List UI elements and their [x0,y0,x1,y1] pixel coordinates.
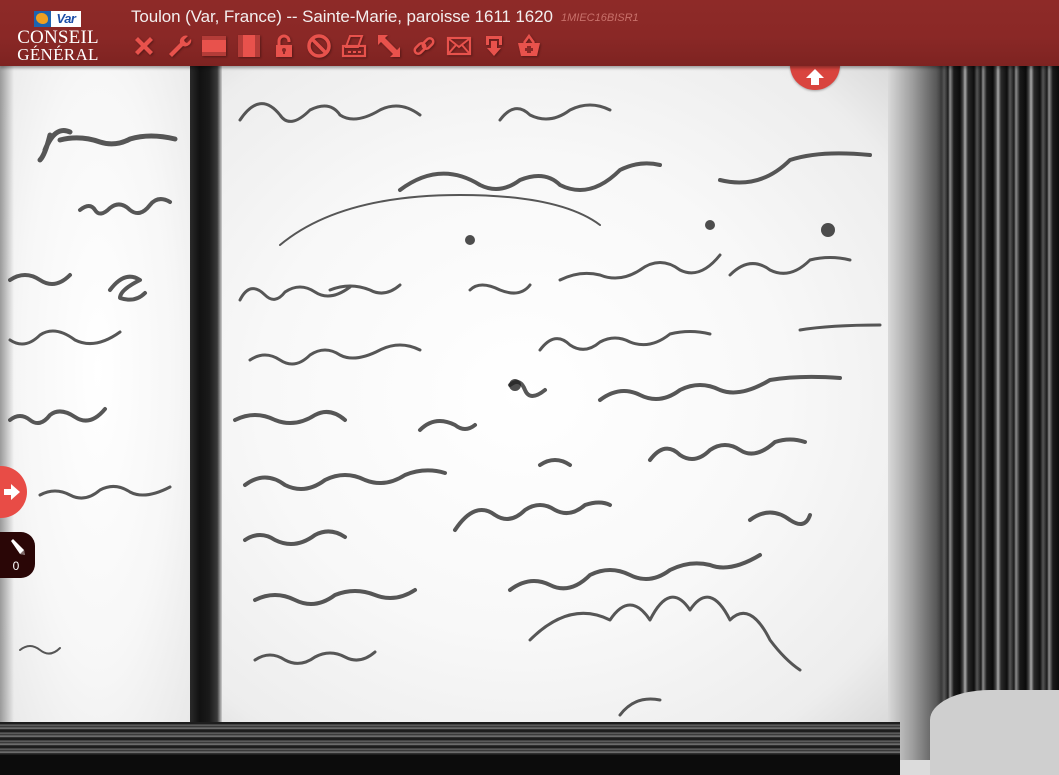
prohibit-button[interactable] [304,31,334,61]
add-to-basket-button[interactable] [514,31,544,61]
download-icon [481,33,507,59]
toolbar [129,31,544,61]
unlock-button[interactable] [269,31,299,61]
var-map-icon [34,11,51,27]
link-button[interactable] [409,31,439,61]
annotations-button[interactable]: 0 [0,532,35,578]
printer-icon [341,33,367,59]
landscape-view-button[interactable] [199,31,229,61]
document-title: Toulon (Var, France) -- Sainte-Marie, pa… [131,7,553,27]
link-icon [411,33,437,59]
document-reference-code: 1MIEC16BISR1 [561,12,639,24]
resize-diagonal-icon [376,33,402,59]
conseil-general-var-logo[interactable]: Var CONSEIL GÉNÉRAL [14,8,102,64]
print-button[interactable] [339,31,369,61]
annotations-count: 0 [0,559,32,573]
download-button[interactable] [479,31,509,61]
landscape-view-icon [201,33,227,59]
prohibited-icon [306,33,332,59]
close-icon [131,33,157,59]
basket-add-icon [516,33,542,59]
handwriting-ink [0,0,1059,775]
logo-line-general: GÉNÉRAL [14,46,102,64]
pencil-icon [8,538,26,556]
portrait-view-icon [236,33,262,59]
envelope-icon [446,33,472,59]
var-badge-text: Var [51,11,81,27]
image-viewer[interactable] [0,0,1059,775]
scanned-manuscript-image[interactable] [0,0,1059,775]
wrench-icon [166,33,192,59]
email-button[interactable] [444,31,474,61]
tools-button[interactable] [164,31,194,61]
header-bar: Var CONSEIL GÉNÉRAL Toulon (Var, France)… [0,0,1059,66]
portrait-view-button[interactable] [234,31,264,61]
fullscreen-button[interactable] [374,31,404,61]
unlock-icon [271,33,297,59]
arrow-right-icon [3,483,21,501]
arrow-up-icon [805,68,825,86]
close-button[interactable] [129,31,159,61]
